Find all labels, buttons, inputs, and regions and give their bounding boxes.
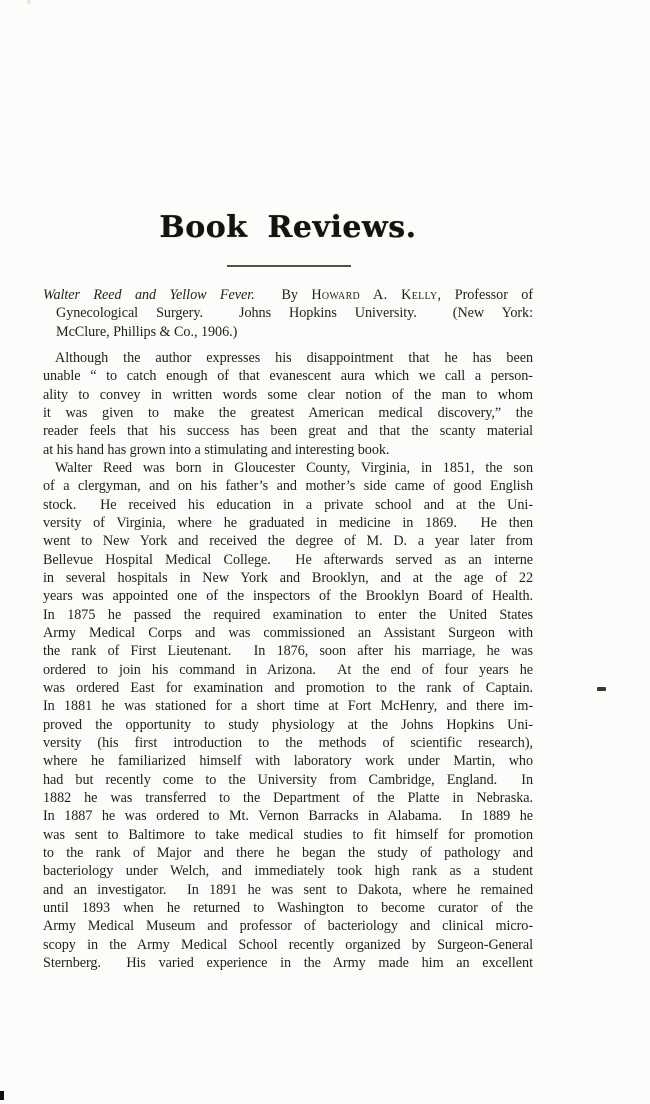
text-line: In 1887 he was ordered to Mt. Vernon Bar… xyxy=(43,807,533,825)
text-line: versity (his first introduction to the m… xyxy=(43,734,533,752)
text-line: reader feels that his success has been g… xyxy=(43,422,533,440)
title-divider-rule xyxy=(227,265,351,267)
text-line: versity of Virginia, where he graduated … xyxy=(43,514,533,532)
review-paragraph-2: Walter Reed was born in Gloucester Count… xyxy=(43,459,533,972)
text-line: years was appointed one of the inspector… xyxy=(43,587,533,605)
text-line: the rank of First Lieutenant. In 1876, s… xyxy=(43,642,533,660)
citation-work-title: Walter Reed and Yellow Fever. xyxy=(43,287,255,303)
text-line: was ordered East for examination and pro… xyxy=(43,679,533,697)
citation-by-text: By xyxy=(255,287,312,303)
review-paragraph-1: Although the author expresses his disapp… xyxy=(43,349,533,459)
text-line: in several hospitals in New York and Bro… xyxy=(43,569,533,587)
scanned-book-page: { "colors": { "paper": "#fcfcfa", "ink":… xyxy=(0,0,650,1104)
citation-author-title: Professor of xyxy=(441,287,533,303)
text-line: 1882 he was transferred to the Departmen… xyxy=(43,789,533,807)
text-line: Bellevue Hospital Medical College. He af… xyxy=(43,551,533,569)
page-title: Book Reviews. xyxy=(43,210,533,246)
ink-speck-faint xyxy=(27,0,31,4)
citation-line: McClure, Phillips & Co., 1906.) xyxy=(43,323,533,341)
text-line: went to New York and received the degree… xyxy=(43,532,533,550)
text-line: had but recently come to the University … xyxy=(43,771,533,789)
review-body: Although the author expresses his disapp… xyxy=(43,349,533,972)
text-line: it was given to make the greatest Americ… xyxy=(43,404,533,422)
text-line: ality to convey in written words some cl… xyxy=(43,386,533,404)
text-line: and an investigator. In 1891 he was sent… xyxy=(43,881,533,899)
text-line: Walter Reed was born in Gloucester Count… xyxy=(43,459,533,477)
text-line: bacteriology under Welch, and immediatel… xyxy=(43,862,533,880)
book-citation: Walter Reed and Yellow Fever. By Howard … xyxy=(43,286,533,341)
citation-line: Walter Reed and Yellow Fever. By Howard … xyxy=(43,286,533,304)
text-line: proved the opportunity to study physiolo… xyxy=(43,716,533,734)
text-line: In 1875 he passed the required examinati… xyxy=(43,606,533,624)
citation-line: Gynecological Surgery. Johns Hopkins Uni… xyxy=(43,304,533,322)
text-line: to the rank of Major and there he began … xyxy=(43,844,533,862)
text-line: scopy in the Army Medical School recentl… xyxy=(43,936,533,954)
text-line: was sent to Baltimore to take medical st… xyxy=(43,826,533,844)
text-line: until 1893 when he returned to Washingto… xyxy=(43,899,533,917)
text-line: ordered to join his command in Arizona. … xyxy=(43,661,533,679)
text-line: Although the author expresses his disapp… xyxy=(43,349,533,367)
ink-speck-dash xyxy=(597,687,606,691)
text-line: where he familiarized himself with labor… xyxy=(43,752,533,770)
text-line: Army Medical Museum and professor of bac… xyxy=(43,917,533,935)
citation-author: Howard A. Kelly, xyxy=(311,287,441,303)
text-column: Book Reviews. Walter Reed and Yellow Fev… xyxy=(43,0,533,1104)
text-line: In 1881 he was stationed for a short tim… xyxy=(43,697,533,715)
text-line: of a clergyman, and on his father’s and … xyxy=(43,477,533,495)
ink-speck-corner xyxy=(0,1091,4,1100)
text-line: unable “ to catch enough of that evanesc… xyxy=(43,367,533,385)
text-line: stock. He received his education in a pr… xyxy=(43,496,533,514)
text-line: Sternberg. His varied experience in the … xyxy=(43,954,533,972)
text-line: at his hand has grown into a stimulating… xyxy=(43,441,533,459)
text-line: Army Medical Corps and was commissioned … xyxy=(43,624,533,642)
